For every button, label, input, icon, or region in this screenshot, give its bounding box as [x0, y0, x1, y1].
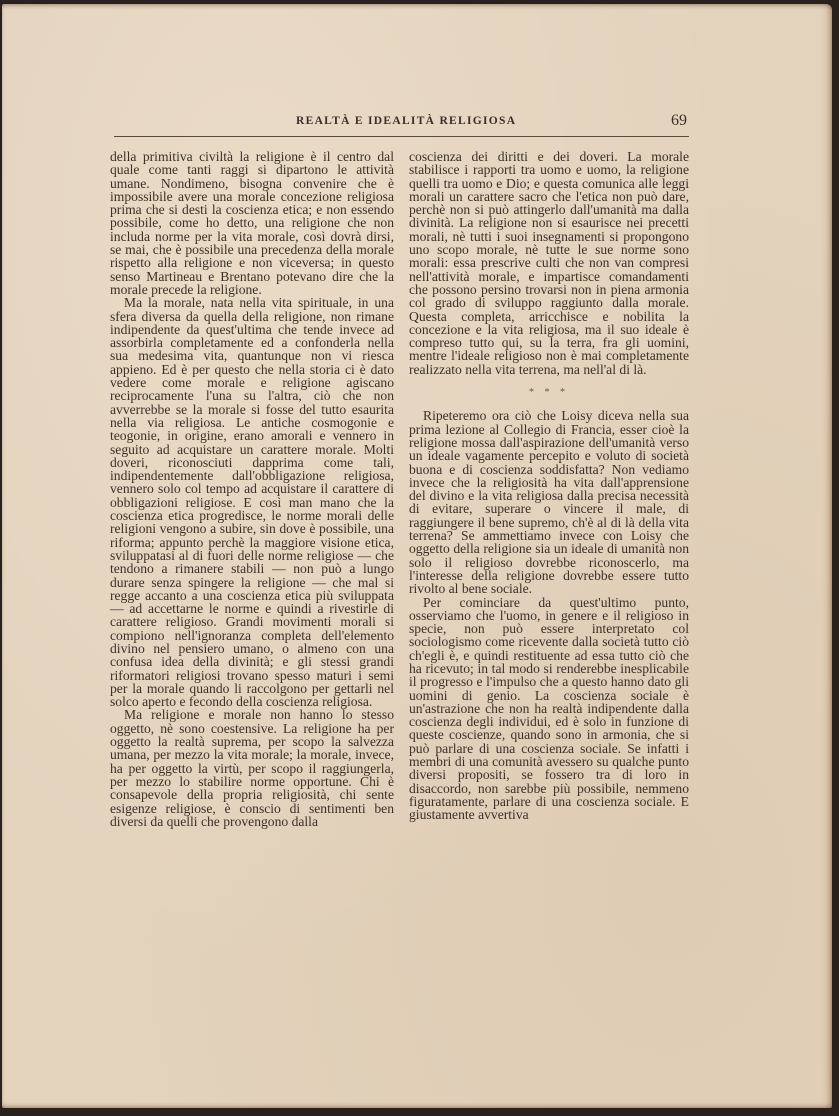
paragraph: Ma religione e morale non hanno lo stess…: [110, 708, 394, 828]
right-column: coscienza dei diritti e dei doveri. La m…: [409, 150, 689, 822]
book-page: REALTÀ E IDEALITÀ RELIGIOSA 69 della pri…: [2, 4, 832, 1108]
running-header: REALTÀ E IDEALITÀ RELIGIOSA 69: [114, 112, 689, 137]
paragraph: Per cominciare da quest'ultimo punto, os…: [409, 596, 689, 822]
paragraph: Ripeteremo ora ciò che Loisy diceva nell…: [409, 409, 689, 595]
paragraph: coscienza dei diritti e dei doveri. La m…: [409, 150, 689, 376]
paragraph: della primitiva civiltà la religione è i…: [110, 150, 394, 296]
page-number: 69: [671, 112, 687, 130]
section-break: * * *: [409, 386, 689, 399]
left-column: della primitiva civiltà la religione è i…: [110, 150, 394, 828]
paragraph: Ma la morale, nata nella vita spirituale…: [110, 296, 394, 708]
running-title: REALTÀ E IDEALITÀ RELIGIOSA: [296, 115, 516, 127]
